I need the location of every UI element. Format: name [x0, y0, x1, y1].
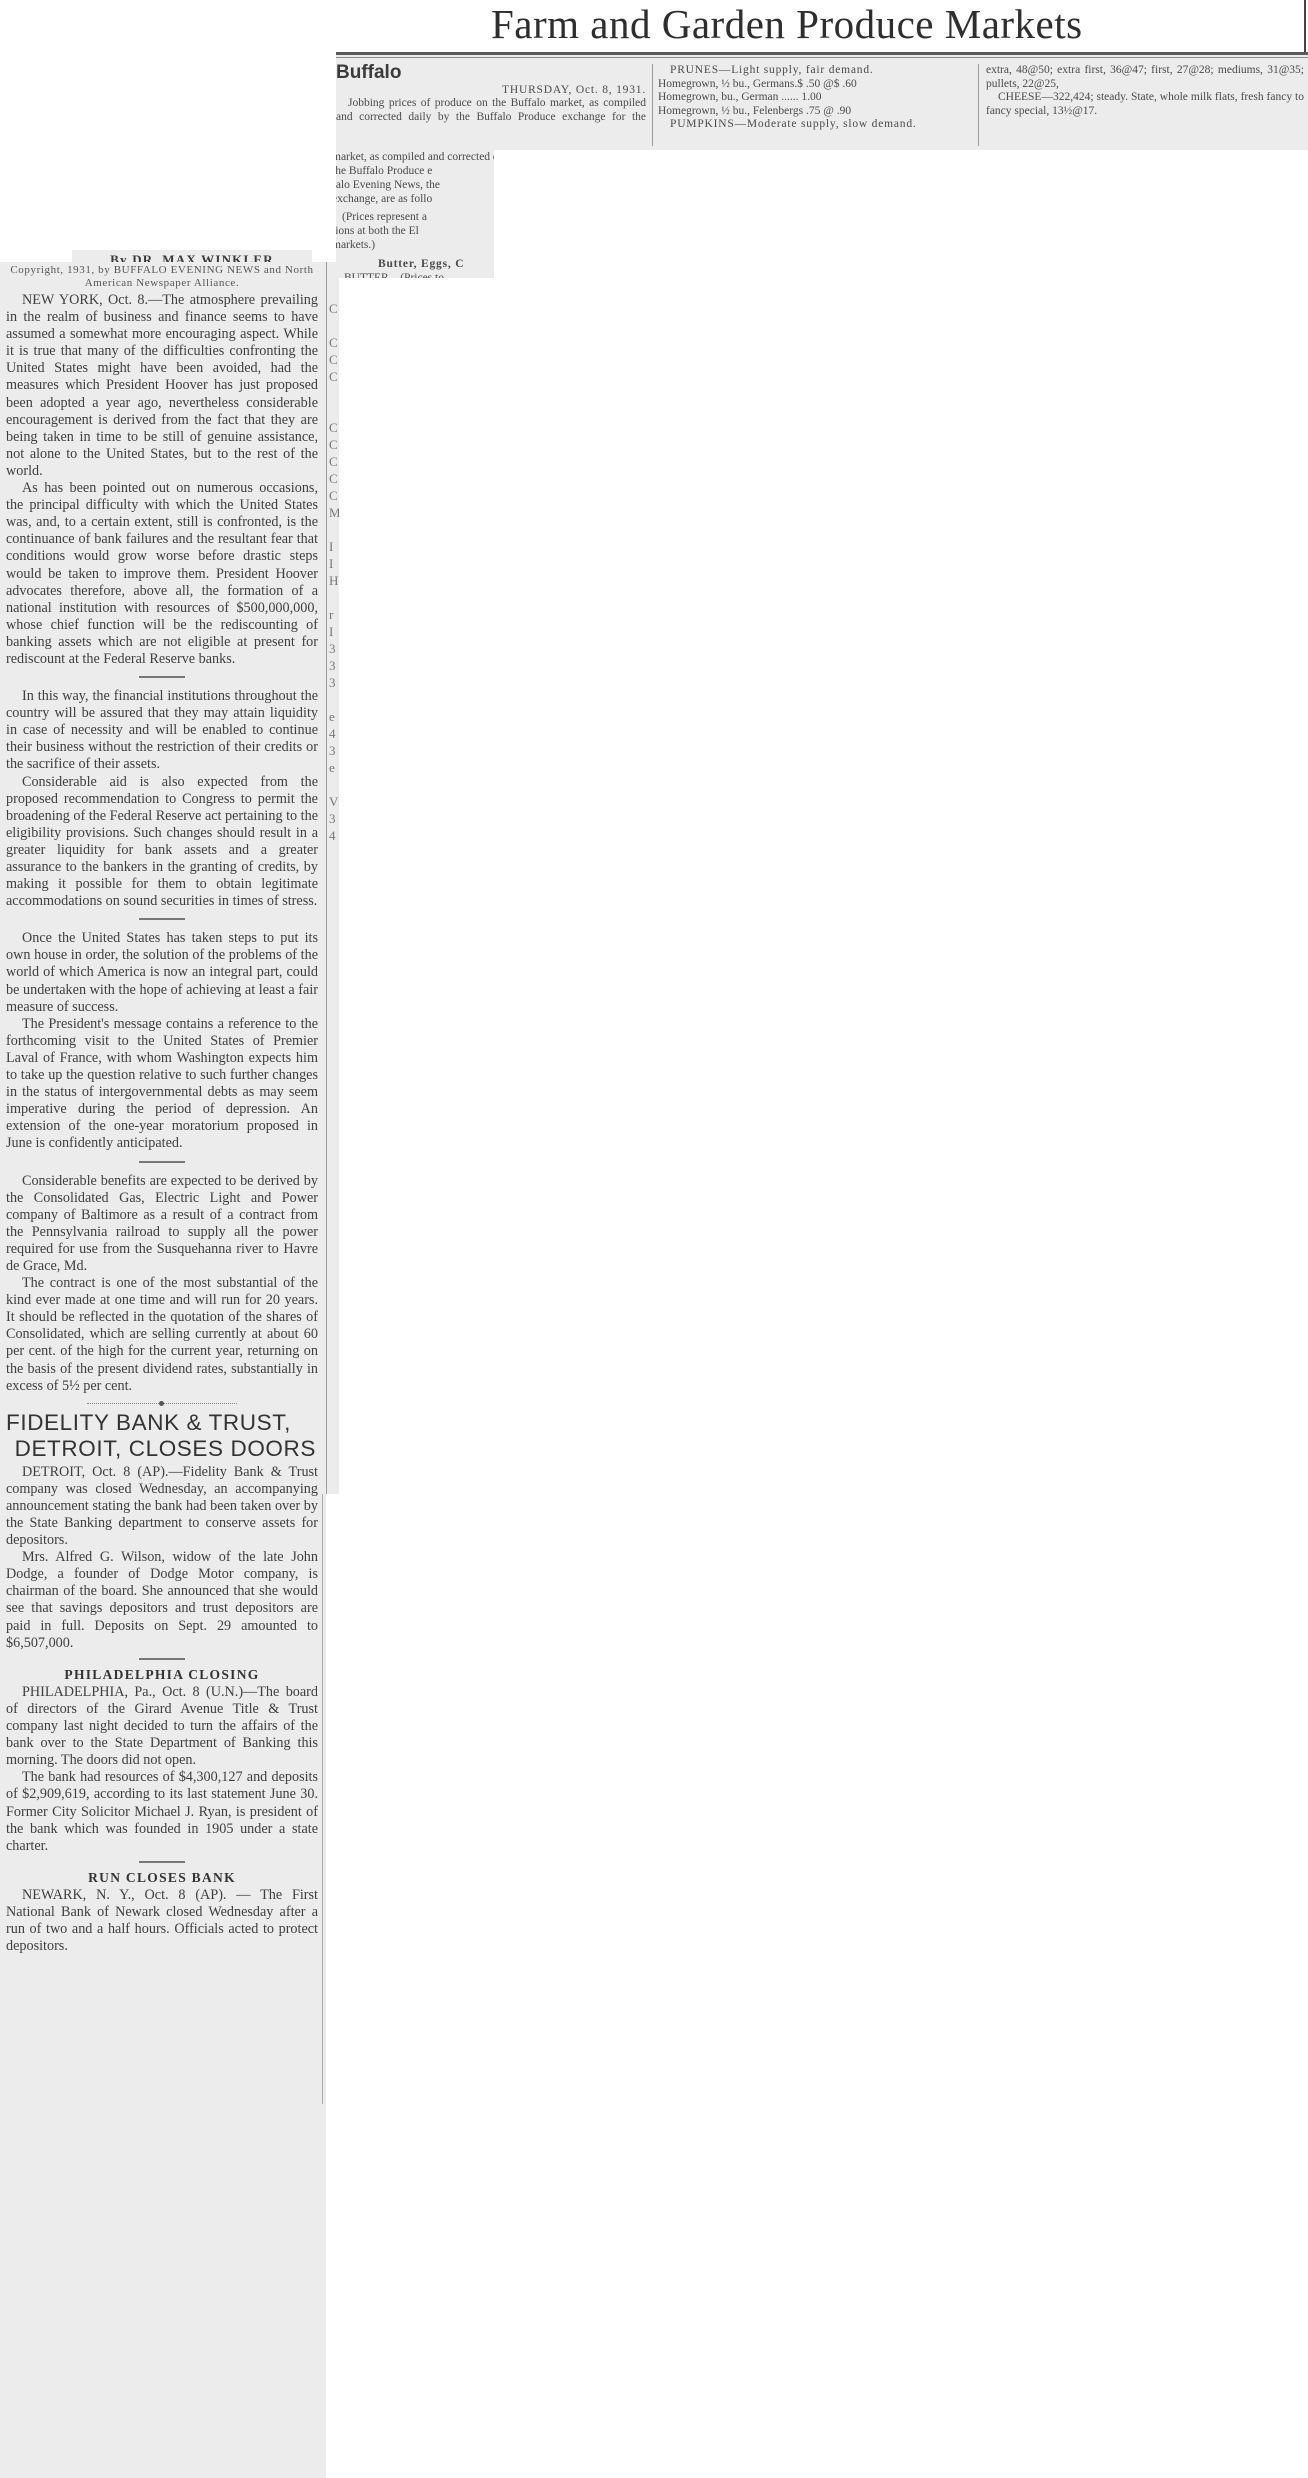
section-divider: [139, 676, 185, 678]
philadelphia-headline: PHILADELPHIA CLOSING: [6, 1666, 318, 1683]
price-row: Homegrown, bu., German ...... 1.00: [658, 91, 968, 105]
news-paragraph: DETROIT, Oct. 8 (AP).—Fidelity Bank & Tr…: [6, 1464, 318, 1549]
article-paragraph: In this way, the financial institutions …: [6, 688, 318, 773]
article-paragraph: Considerable aid is also expected from t…: [6, 774, 318, 911]
news-paragraph: Mrs. Alfred G. Wilson, widow of the late…: [6, 1549, 318, 1652]
column-divider: [978, 64, 979, 146]
page-title: Farm and Garden Produce Markets: [491, 0, 1083, 48]
tail-line: (Prices represent a: [336, 210, 494, 224]
buffalo-heading: Buffalo: [336, 66, 646, 80]
butter-line: BUTTER—(Prices to: [336, 271, 494, 278]
heavy-rule: [336, 52, 1308, 55]
financial-article-column: Copyright, 1931, by BUFFALO EVENING NEWS…: [0, 262, 326, 2478]
dotted-divider: [87, 1403, 237, 1404]
tail-line: markets.): [336, 238, 494, 252]
tail-line: exchange, are as follo: [336, 192, 494, 206]
tail-line: market, as compiled and corrected daily …: [336, 150, 494, 164]
article-paragraph: As has been pointed out on numerous occa…: [6, 480, 318, 668]
column-rule: [322, 1494, 323, 2104]
news-paragraph: The bank had resources of $4,300,127 and…: [6, 1769, 318, 1854]
fidelity-headline: FIDELITY BANK & TRUST, DETROIT, CLOSES D…: [6, 1410, 318, 1462]
news-paragraph: PHILADELPHIA, Pa., Oct. 8 (U.N.)—The boa…: [6, 1684, 318, 1769]
article-paragraph: NEW YORK, Oct. 8.—The atmosphere prevail…: [6, 292, 318, 480]
market-dateline: THURSDAY, Oct. 8, 1931.: [336, 84, 646, 98]
newark-headline: RUN CLOSES BANK: [6, 1869, 318, 1886]
eggs-continued: extra, 48@50; extra first, 36@47; first,…: [986, 64, 1304, 91]
title-border-right: [1304, 0, 1306, 56]
prunes-pumpkins-column: PRUNES—Light supply, fair demand. Homegr…: [658, 64, 968, 132]
news-paragraph: NEWARK, N. Y., Oct. 8 (AP). — The First …: [6, 1887, 318, 1955]
tail-line: tions at both the El: [336, 224, 494, 238]
prunes-entry: PRUNES—Light supply, fair demand.: [658, 64, 968, 78]
pumpkins-entry: PUMPKINS—Moderate supply, slow demand.: [658, 118, 968, 132]
eggs-cheese-column: extra, 48@50; extra first, 36@47; first,…: [986, 64, 1304, 118]
section-divider: [139, 918, 185, 920]
article-body: Copyright, 1931, by BUFFALO EVENING NEWS…: [6, 264, 318, 1955]
section-divider: [139, 1658, 185, 1660]
buffalo-column-continuation: market, as compiled and corrected daily …: [336, 150, 494, 278]
tail-line: the Buffalo Produce e: [336, 164, 494, 178]
section-divider: [139, 1861, 185, 1863]
produce-markets-clipping: Farm and Garden Produce Markets Buffalo …: [336, 0, 1308, 150]
butter-eggs-subhead: Butter, Eggs, C: [336, 257, 494, 271]
title-band: Farm and Garden Produce Markets: [336, 0, 1308, 52]
section-divider: [139, 1161, 185, 1163]
column-divider: [652, 64, 653, 146]
adjacent-column-sliver: C C C C C C C C C M I I H r I 3 3 3 e 4 …: [326, 262, 339, 1494]
buffalo-column: Buffalo THURSDAY, Oct. 8, 1931. Jobbing …: [336, 64, 646, 125]
price-row: Homegrown, ½ bu., Germans.$ .50 @$ .60: [658, 78, 968, 92]
article-paragraph: Once the United States has taken steps t…: [6, 930, 318, 1015]
market-intro: Jobbing prices of produce on the Buffalo…: [336, 97, 646, 125]
cheese-entry: CHEESE—322,424; steady. State, whole mil…: [986, 91, 1304, 118]
price-row: Homegrown, ½ bu., Felenbergs .75 @ .90: [658, 105, 968, 119]
article-paragraph: The President's message contains a refer…: [6, 1016, 318, 1153]
headline-line-1: FIDELITY BANK & TRUST,: [6, 1410, 318, 1436]
article-paragraph: The contract is one of the most substant…: [6, 1275, 318, 1395]
cropped-text-fragments: C C C C C C C C C M I I H r I 3 3 3 e 4 …: [329, 266, 339, 844]
copyright-notice: Copyright, 1931, by BUFFALO EVENING NEWS…: [6, 264, 318, 290]
tail-line: falo Evening News, the: [336, 178, 494, 192]
headline-line-2: DETROIT, CLOSES DOORS: [6, 1436, 318, 1462]
article-paragraph: Considerable benefits are expected to be…: [6, 1173, 318, 1276]
thin-rule: [336, 57, 1308, 58]
produce-columns: Buffalo THURSDAY, Oct. 8, 1931. Jobbing …: [336, 52, 1308, 150]
